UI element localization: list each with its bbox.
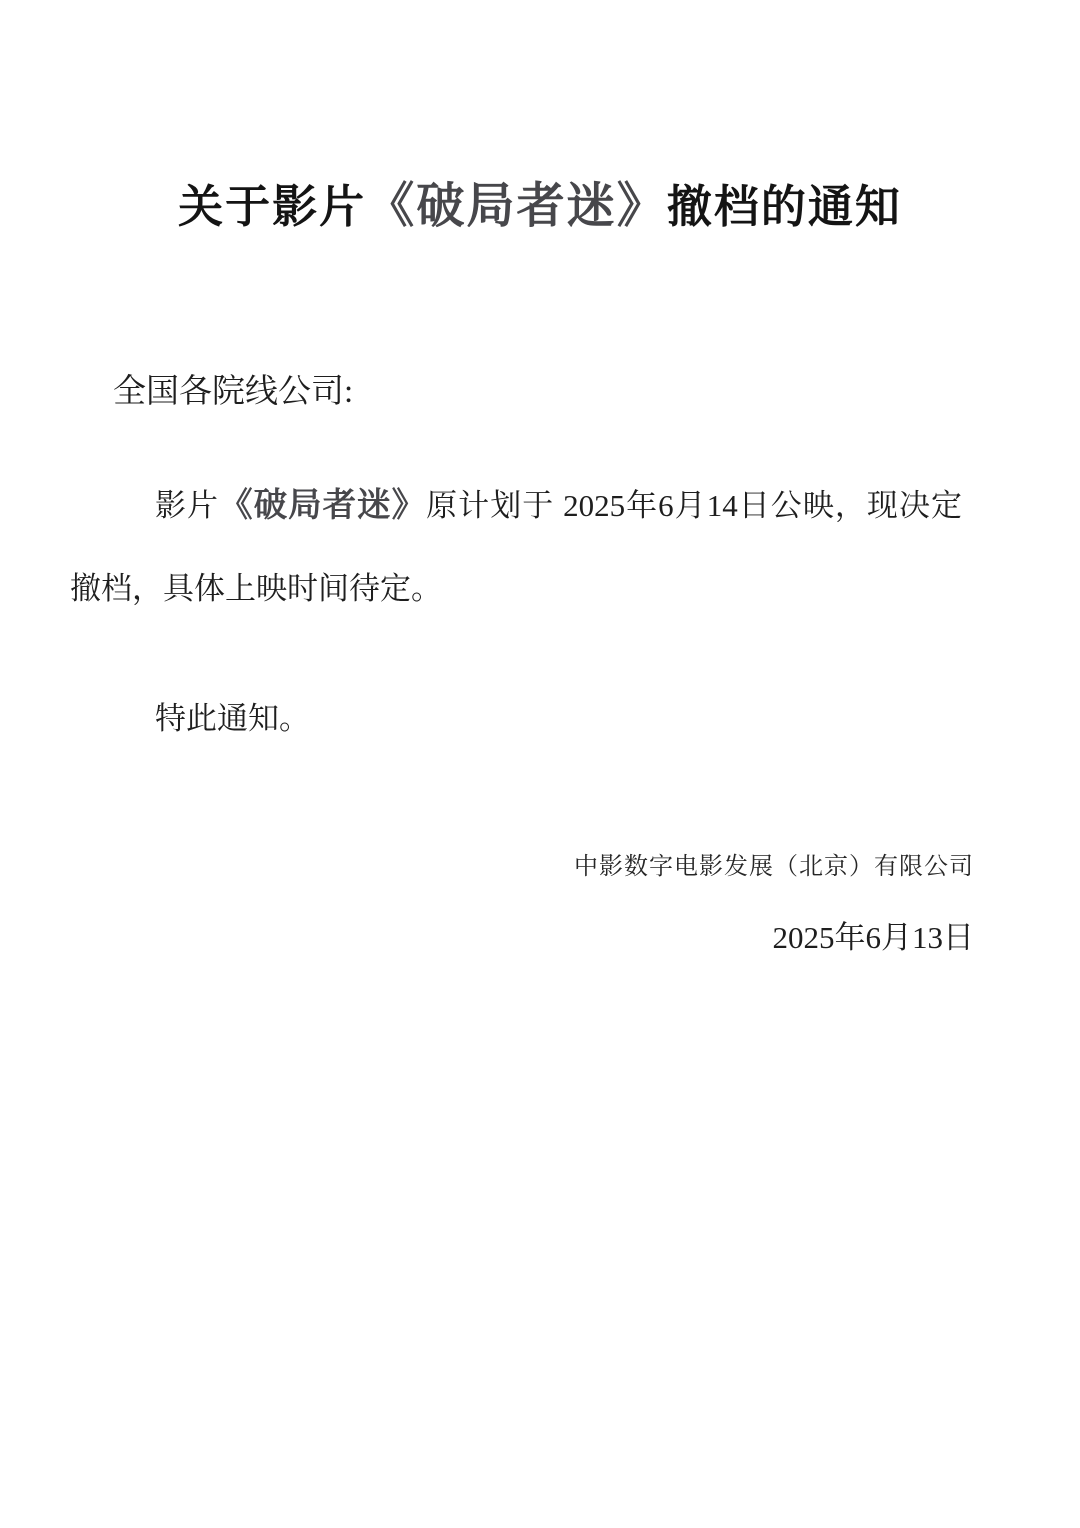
title-text-after: 撤档的通知: [667, 182, 902, 232]
notice-document: 关于影片《破局者迷》撤档的通知 全国各院线公司: 影片《破局者迷》原计划于 20…: [0, 0, 1080, 1528]
closing-line: 特此通知。: [70, 697, 310, 741]
film-title-in-body: 《破局者迷》: [219, 487, 426, 524]
issue-date: 2025年6月13日: [773, 918, 975, 958]
title-text-before: 关于影片: [178, 182, 366, 232]
issuer-signature: 中影数字电影发展（北京）有限公司: [574, 851, 974, 883]
body-paragraph: 影片《破局者迷》原计划于 2025年6月14日公映，现决定撤档，具体上映时间待定…: [70, 464, 962, 630]
film-title-in-heading: 《破局者迷》: [366, 179, 667, 233]
recipient-line: 全国各院线公司:: [113, 370, 353, 414]
page-title: 关于影片《破局者迷》撤档的通知: [0, 176, 1080, 237]
body-text-before: 影片: [155, 488, 219, 523]
